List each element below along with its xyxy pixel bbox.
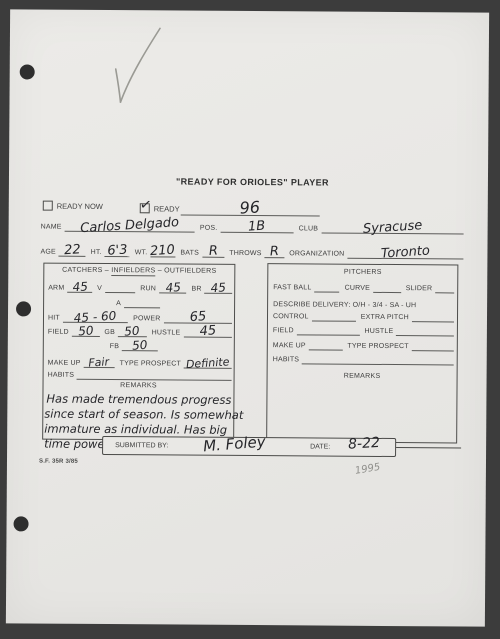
br-label: BR [192,285,204,294]
a-label: A [116,299,123,308]
field-value: 50 [78,323,94,338]
name-value: Carlos Delgado [80,215,180,236]
power-value: 65 [189,309,206,325]
slider-field-line [435,283,454,293]
club-label: CLUB [299,224,321,233]
field-field-line: 50 [72,327,100,337]
pitcher-makeup-field-line [309,340,343,350]
date-value: 8-22 [348,435,381,453]
hit-field-line: 45 - 60 [63,313,128,323]
curve-field-line [373,283,401,293]
br-field-line: 45 [205,284,233,294]
age-field-line: 22 [59,247,86,257]
curve-label: CURVE [345,284,372,293]
heading-infielders: INFIELDERS [111,267,155,276]
remarks-line-1: Has made tremendous progress [46,392,276,408]
weight-field-line: 210 [150,247,175,257]
arm-value: 45 [72,279,88,294]
bats-field-line: R [202,248,224,258]
a-row: A [116,297,160,308]
pitcher-field-label: FIELD [273,326,296,335]
scanned-form-page: "READY FOR ORIOLES" PLAYER READY NOW ✓ R… [6,9,489,626]
punch-hole-icon [16,301,31,316]
submitted-by-signature: M. Foley [202,432,266,455]
position-box-heading: CATCHERS – INFIELDERS – OUTFIELDERS [44,267,234,275]
pitcher-type-prospect-field-line [412,341,454,351]
arm-label: ARM [48,284,66,293]
power-field-line: 65 [164,313,233,323]
extra-pitch-field-line [412,312,454,322]
pitcher-field-row: FIELD HUSTLE [273,322,454,336]
hustle-value: 45 [199,323,216,339]
pos-label: POS. [200,224,220,233]
heading-outfielders: – OUTFIELDERS [155,267,216,274]
gb-value: 50 [124,324,140,339]
age-value: 22 [64,242,81,258]
organization-field-line: Toronto [347,249,463,260]
run-field-line: 45 [159,283,187,293]
fb-row: FB 50 [110,338,158,351]
control-label: CONTROL [273,312,311,321]
weight-label: WT. [135,248,150,257]
pitcher-hustle-label: HUSTLE [365,327,396,336]
pitchers-box: PITCHERS FAST BALL CURVE SLIDER DESCRIBE… [266,263,458,443]
slider-label: SLIDER [406,284,435,293]
check-icon: ✓ [139,197,153,215]
name-label: NAME [41,223,64,232]
organization-label: ORGANIZATION [289,249,346,258]
ready-now-group: READY NOW [43,201,103,211]
ready-group: ✓ READY 96 [140,201,320,216]
ready-now-checkbox [43,201,53,211]
fastball-field-line [314,282,339,292]
age-label: AGE [40,248,57,257]
pitcher-makeup-label: MAKE UP [273,341,308,350]
run-value: 45 [165,280,181,295]
name-field-line: Carlos Delgado [65,222,195,233]
hit-label: HIT [48,314,62,323]
arm-row: ARM 45 V RUN 45 BR 45 [48,280,232,294]
control-row: CONTROL EXTRA PITCH [273,308,454,322]
pos-field-line: 1B [220,223,293,234]
v-field-line [105,283,135,293]
fastball-label: FAST BALL [273,283,313,292]
hustle-field-line: 45 [183,328,232,338]
date-label: DATE: [310,443,330,450]
ready-year-value: 96 [239,197,261,217]
position-players-box: CATCHERS – INFIELDERS – OUTFIELDERS ARM … [42,263,235,441]
fastball-row: FAST BALL CURVE SLIDER [273,279,454,293]
ready-checkbox: ✓ [140,203,150,213]
throws-value: R [269,244,279,260]
habits-row: HABITS [48,367,232,381]
pencil-year: 1995 [354,462,381,477]
weight-value: 210 [150,243,176,260]
field-label: FIELD [48,328,71,337]
bats-value: R [208,243,218,259]
fb-value: 50 [132,338,148,353]
habits-field-line [77,370,232,381]
club-value: Syracuse [362,218,422,237]
punch-hole-icon [14,516,29,531]
hustle-label: HUSTLE [152,328,183,337]
pitcher-makeup-row: MAKE UP TYPE PROSPECT [273,337,454,351]
remarks-line-2: since start of season. Is somewhat [44,407,274,423]
submitted-by-label: SUBMITTED BY: [115,442,168,449]
pitcher-field-field-line [297,325,360,335]
height-label: HT. [91,248,104,257]
ready-field-line: 96 [181,202,320,217]
punch-hole-icon [20,64,35,79]
height-field-line: 6'3 [105,247,130,257]
hit-row: HIT 45 - 60 POWER 65 [48,310,232,324]
submitted-bar: SUBMITTED BY: M. Foley DATE: 8-22 [102,436,396,457]
height-value: 6'3 [107,242,128,258]
remarks-label: REMARKS [44,382,234,390]
throws-label: THROWS [229,249,263,258]
gb-label: GB [104,328,117,337]
heading-catchers: CATCHERS – [62,267,111,274]
arm-field-line: 45 [67,283,92,293]
ready-label: READY [154,204,180,213]
v-label: V [97,284,104,293]
fb-label: FB [110,342,121,351]
throws-field-line: R [265,248,285,258]
pitcher-hustle-field-line [396,326,454,336]
pitcher-type-prospect-label: TYPE PROSPECT [347,342,410,351]
pitchers-box-heading: PITCHERS [268,268,457,276]
hit-value: 45 - 60 [74,309,117,326]
control-field-line [312,311,356,321]
bats-label: BATS [180,249,201,258]
name-row: NAME Carlos Delgado POS. 1B CLUB Syracus… [41,218,464,235]
club-field-line: Syracuse [321,224,464,235]
field-row: FIELD 50 GB 50 HUSTLE 45 [48,324,232,338]
scan-background: { "colors": { "background": "#3c3c3c", "… [0,0,500,639]
run-label: RUN [140,284,158,293]
organization-value: Toronto [381,244,431,262]
br-value: 45 [210,280,226,295]
pencil-checkmark-icon [104,22,167,108]
age-row: AGE 22 HT. 6'3 WT. 210 BATS R THROWS R O… [40,243,463,260]
pitcher-remarks-label: REMARKS [268,372,457,380]
gb-field-line: 50 [118,327,147,337]
form-number: S.F. 35R 3/85 [39,459,78,465]
habits-label: HABITS [48,371,77,380]
fb-field-line: 50 [122,341,158,351]
pos-value: 1B [248,219,266,235]
bar-extension-line [396,447,461,448]
pitcher-habits-field-line [302,354,454,365]
form-title: "READY FOR ORIOLES" PLAYER [41,176,464,189]
a-field-line [124,298,160,308]
extra-pitch-label: EXTRA PITCH [361,313,411,322]
ready-now-label: READY NOW [57,201,103,210]
power-label: POWER [133,314,163,323]
pitcher-habits-label: HABITS [273,355,302,364]
pitcher-habits-row: HABITS [273,351,454,365]
